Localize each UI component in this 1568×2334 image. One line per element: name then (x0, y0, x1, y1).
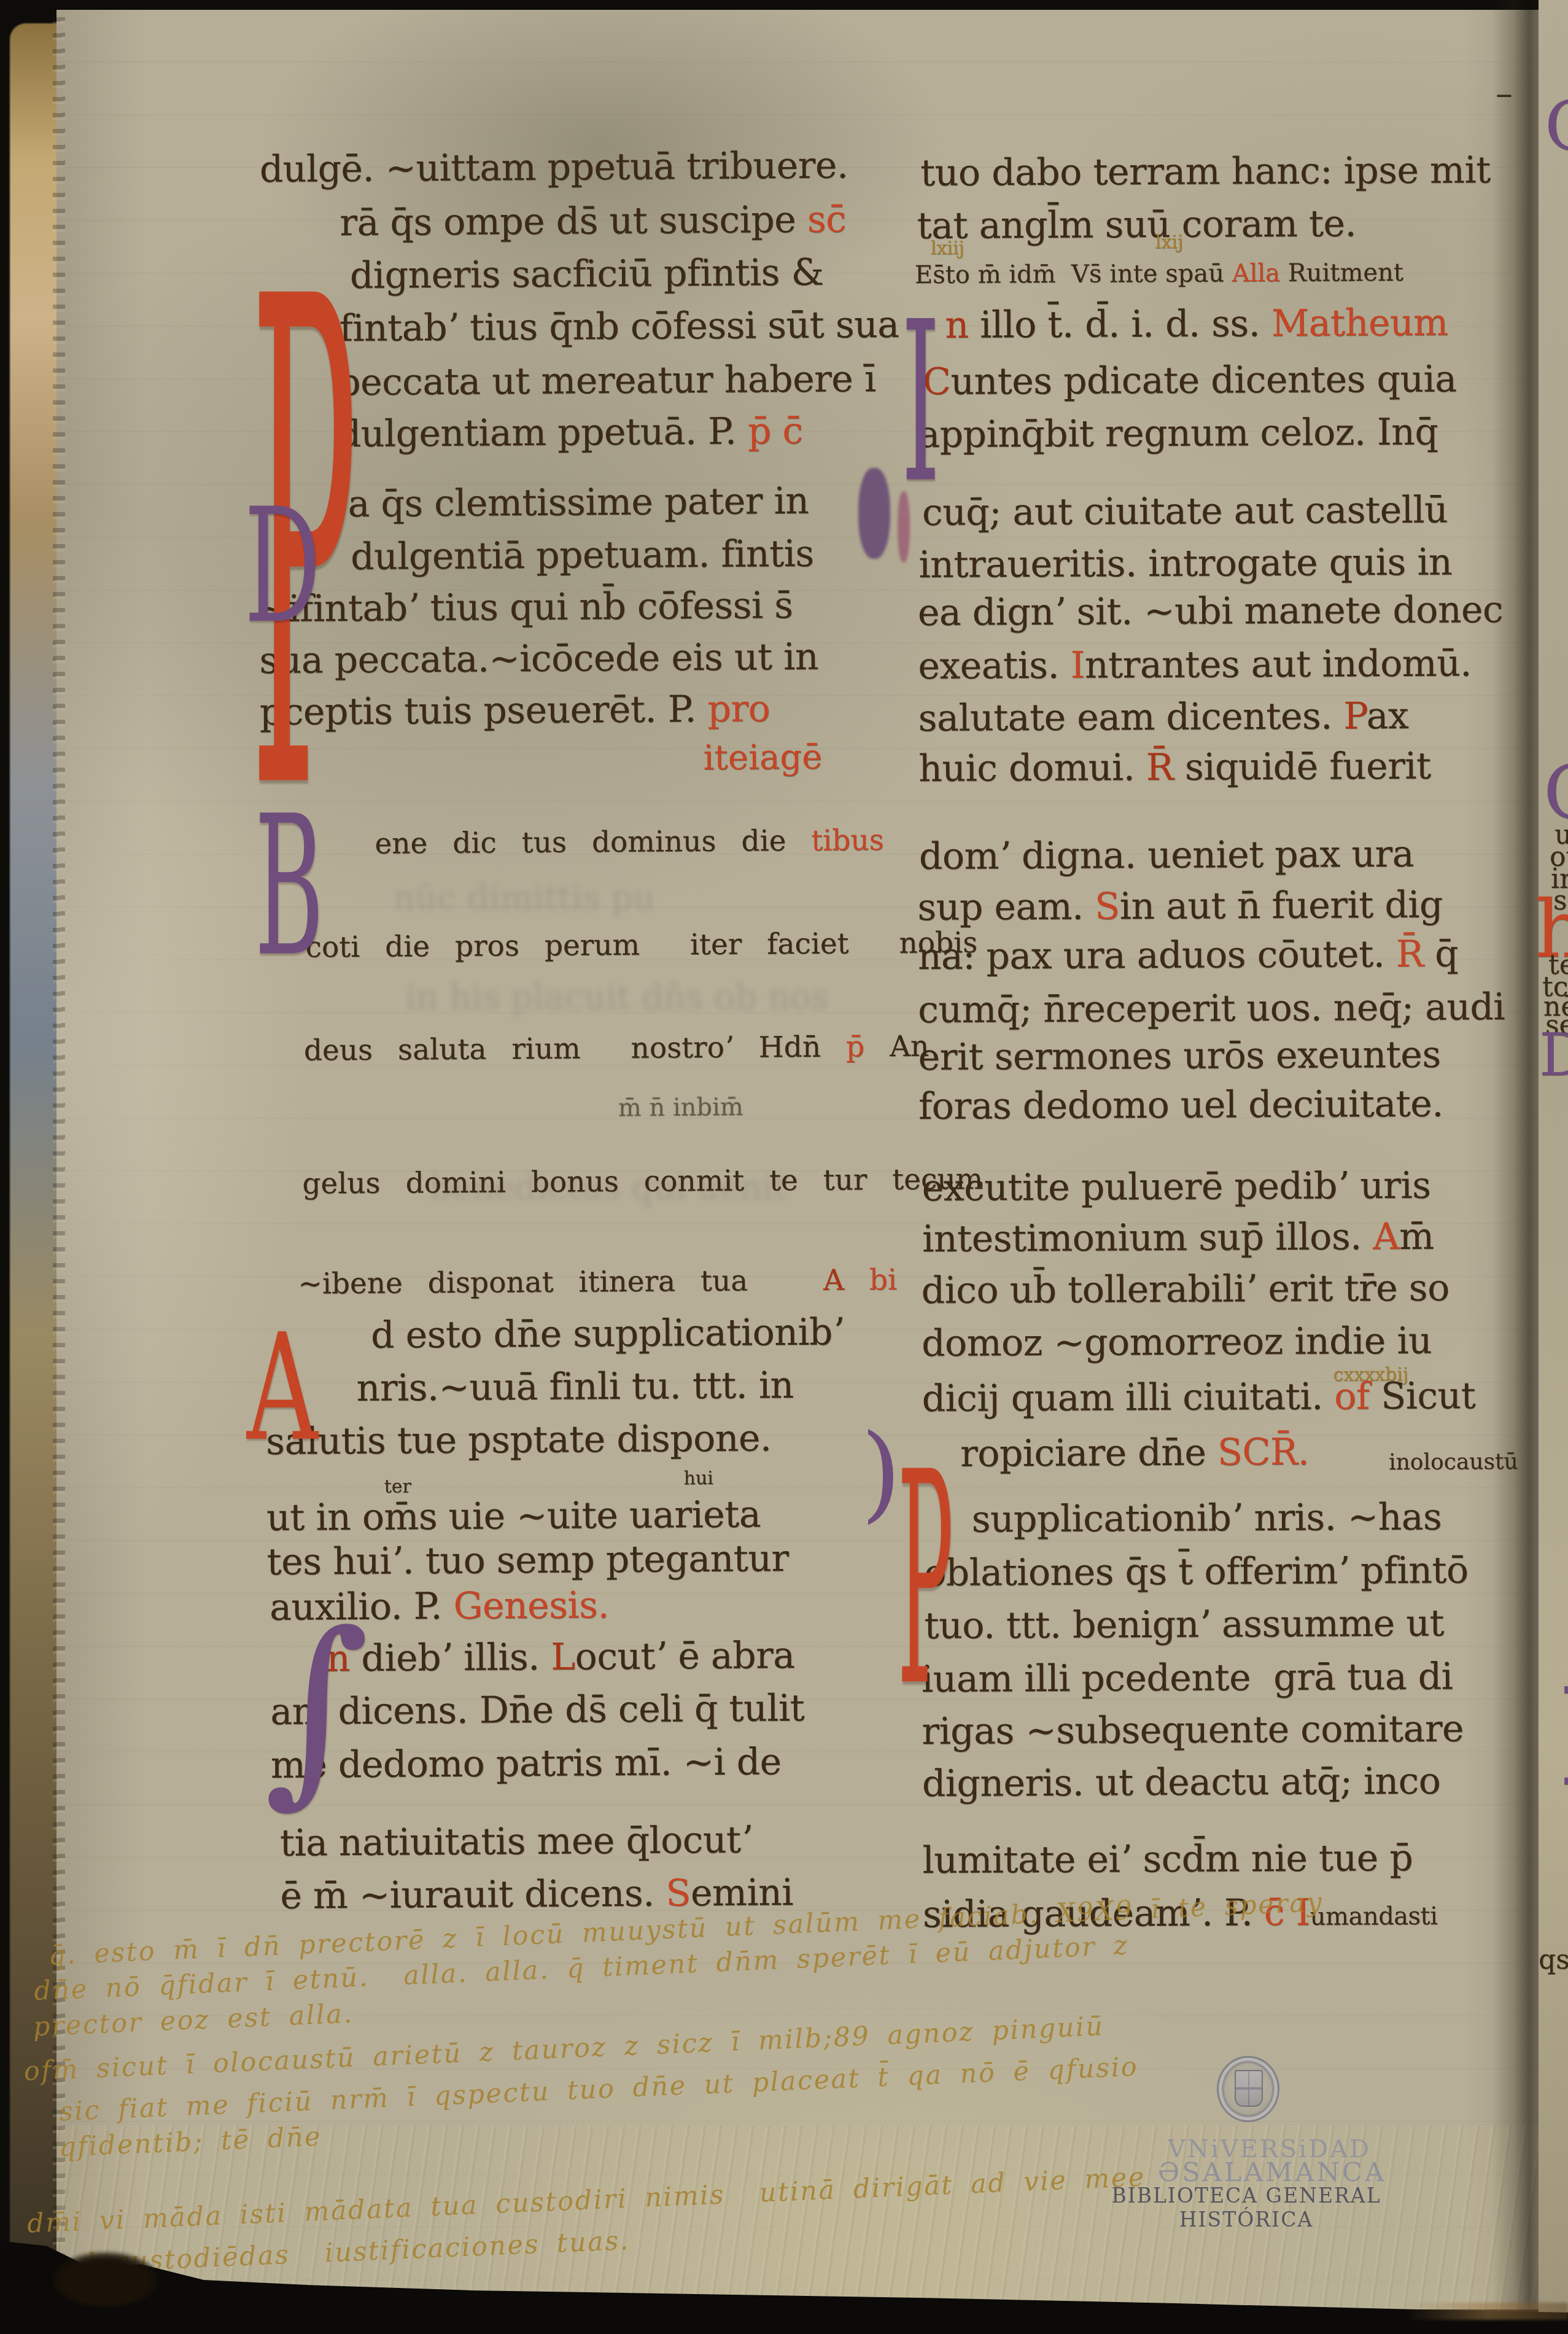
facing-page-text-fragment: qs (1539, 1947, 1568, 1974)
text-run: I (1557, 1659, 1568, 1816)
facing-page-text-fragment: D (1539, 1027, 1568, 1085)
text-run: C (1545, 87, 1568, 165)
library-seal-stamp (1217, 2056, 1279, 2122)
text-run: qs (1539, 1944, 1568, 1975)
university-crest-icon (1235, 2070, 1263, 2107)
text-run: D (1539, 1022, 1568, 1089)
facing-page-text-fragment: I (1557, 1670, 1568, 1805)
manuscript-photo: nūc dimittis puin his placuit dn̄s ob n… (0, 0, 1568, 2334)
facing-page-glyphs: CCuouinsahtetcnēseiDIqs (0, 0, 1568, 2334)
parchment-hole (53, 2252, 158, 2306)
page-edge-highlight (1406, 2303, 1568, 2320)
facing-page-text-fragment: C (1545, 92, 1568, 160)
stamp-text-biblioteca: BIBLIOTECA GENERAL HISTÓRICA (1098, 2184, 1395, 2231)
